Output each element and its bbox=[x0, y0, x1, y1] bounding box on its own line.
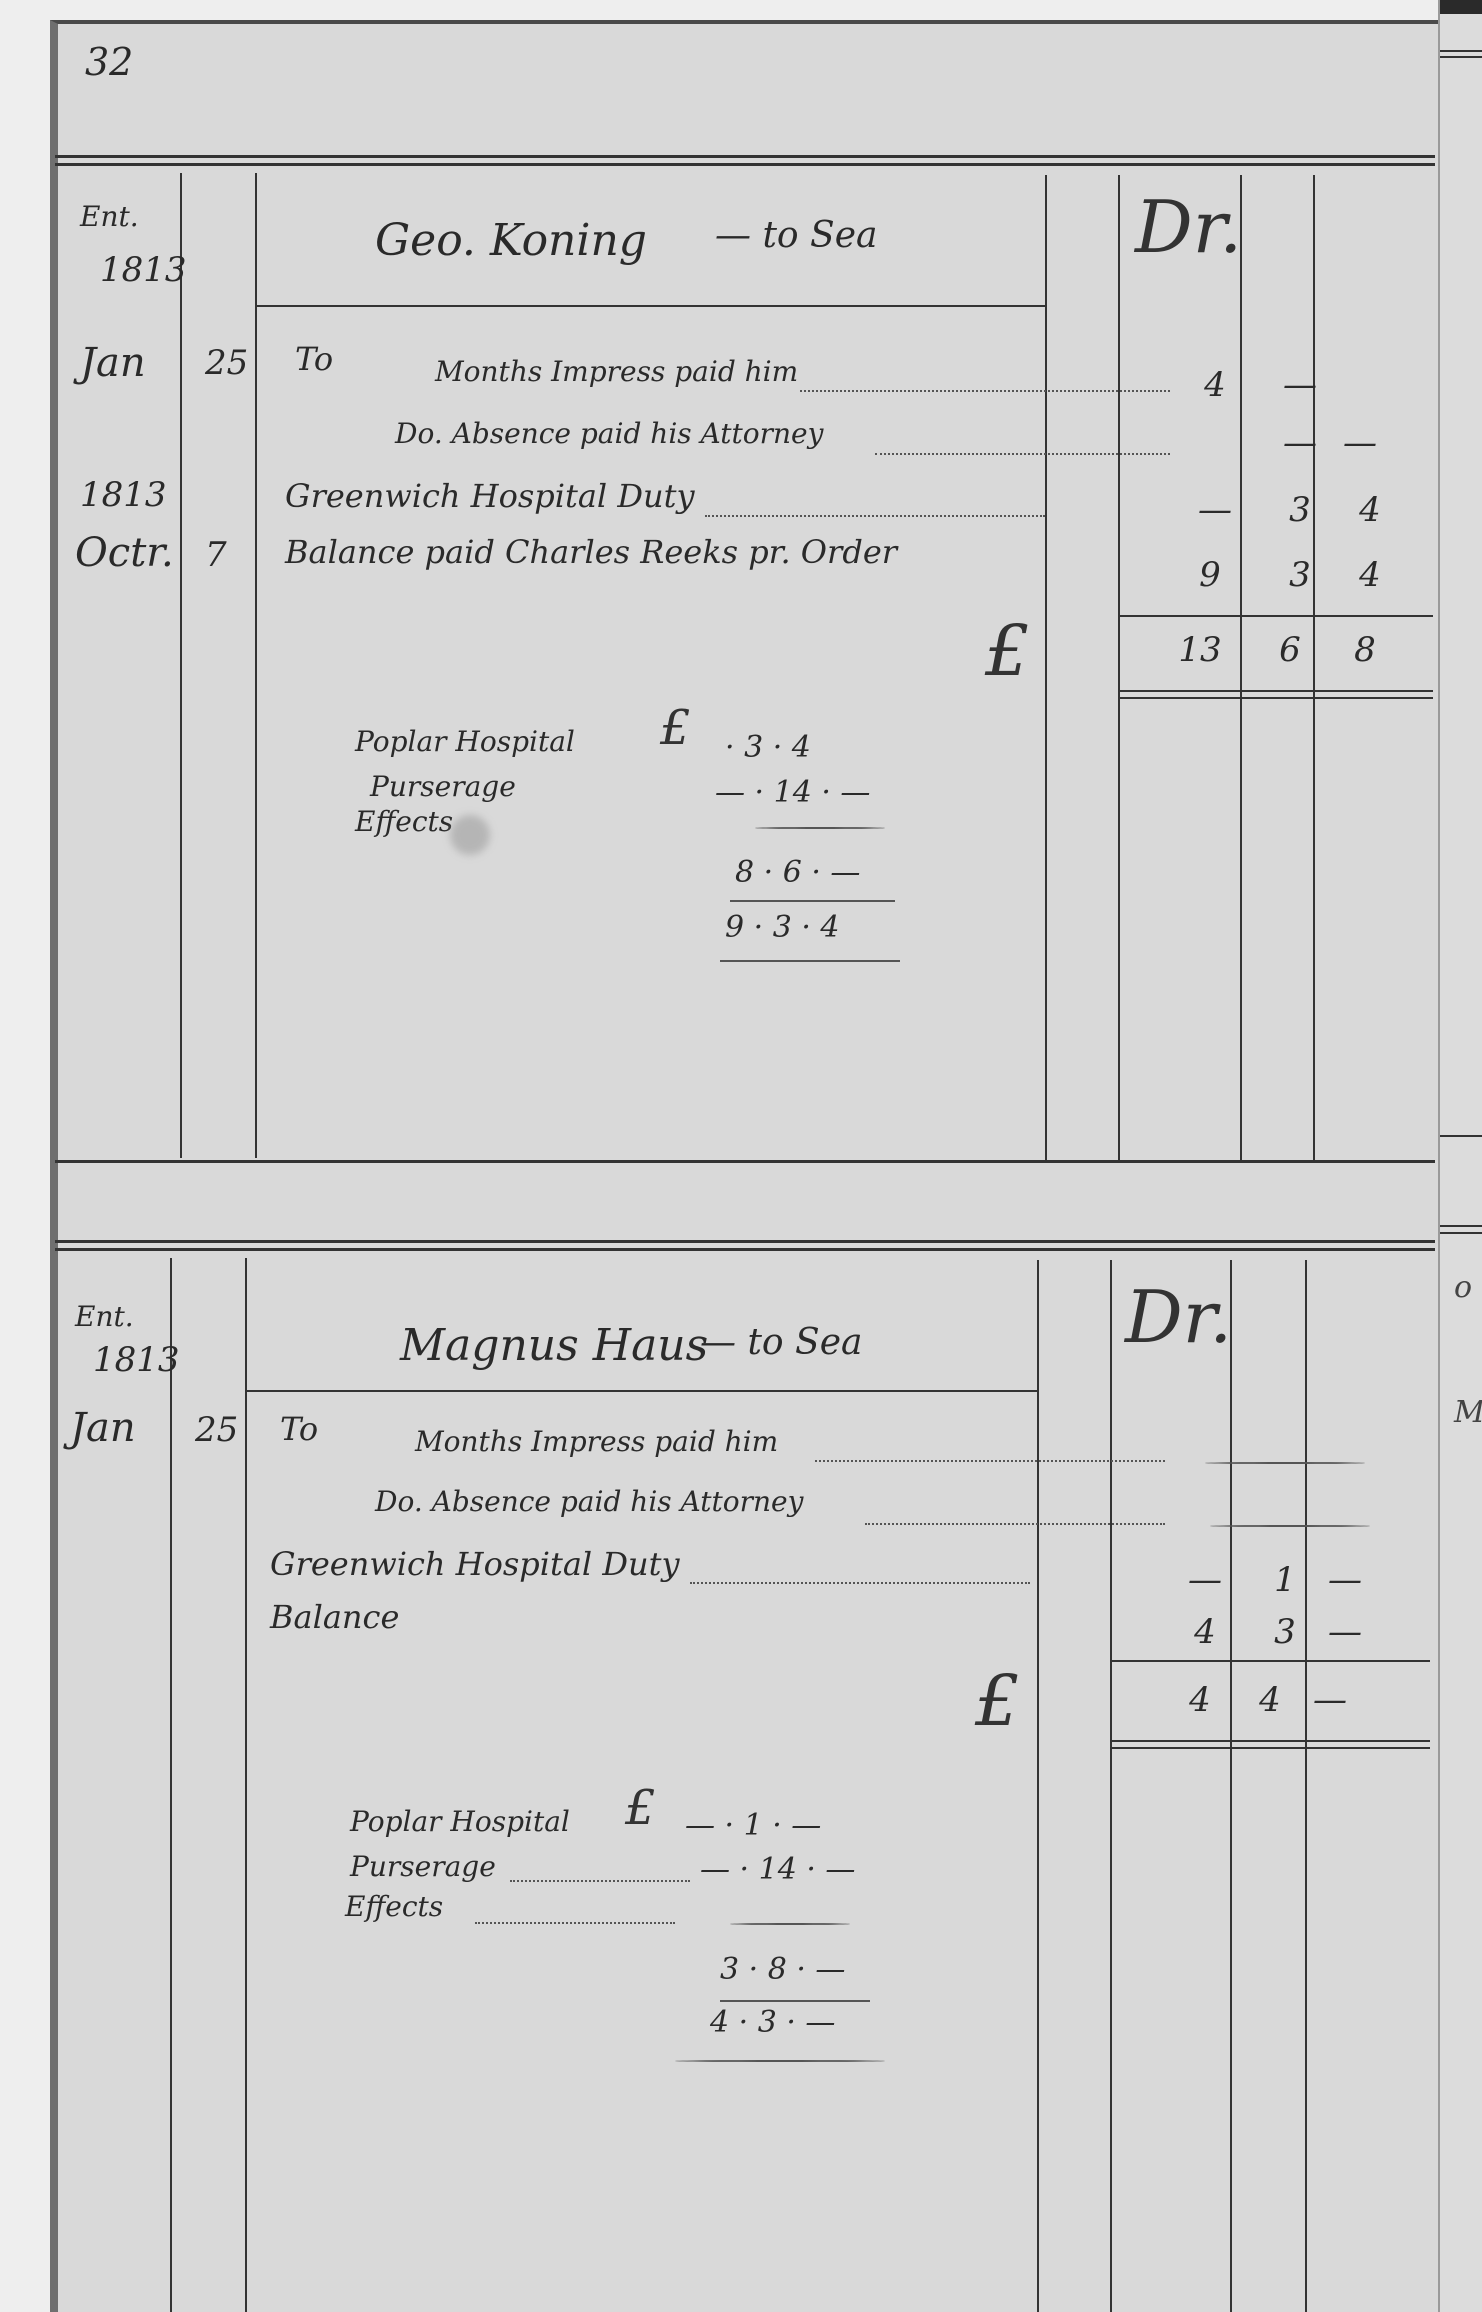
pound-symbol: £ bbox=[975, 1660, 1020, 1742]
account-section-2: Ent. 1813 Magnus Haus — to Sea Dr. Jan 2… bbox=[55, 1240, 1435, 2312]
breakdown-value: — · 14 · — bbox=[700, 1852, 855, 1887]
breakdown-total: 9 · 3 · 4 bbox=[725, 910, 839, 945]
adjacent-page-edge: o M bbox=[1438, 0, 1482, 2312]
column-divider bbox=[180, 173, 182, 1158]
account-name: Geo. Koning bbox=[375, 215, 647, 266]
column-divider bbox=[170, 1258, 172, 2312]
column-divider bbox=[1110, 1260, 1112, 2312]
account-destination: — to Sea bbox=[700, 1322, 862, 1363]
adjacent-rule bbox=[1440, 1232, 1482, 1234]
binding-edge bbox=[1440, 0, 1482, 14]
amount-pence: — bbox=[1300, 1612, 1390, 1652]
entry-description: Balance bbox=[270, 1598, 399, 1636]
entry-day: 25 bbox=[205, 343, 248, 383]
entry-description: Months Impress paid him bbox=[435, 355, 798, 388]
name-underline bbox=[245, 1390, 1037, 1392]
blank-amount-line bbox=[730, 1923, 850, 1925]
breakdown-total: 4 · 3 · — bbox=[710, 2005, 835, 2040]
ink-smudge bbox=[450, 815, 490, 855]
breakdown-label: Effects bbox=[355, 805, 453, 838]
breakdown-label: Poplar Hospital bbox=[355, 725, 575, 758]
amount-pounds: — bbox=[1160, 1560, 1250, 1600]
total-pounds: 13 bbox=[1155, 630, 1245, 670]
blank-amount-line bbox=[1205, 1462, 1365, 1464]
account-destination: — to Sea bbox=[715, 215, 877, 256]
entry-day: 25 bbox=[195, 1410, 238, 1450]
pound-symbol: £ bbox=[985, 610, 1030, 692]
header-double-rule bbox=[55, 1240, 1435, 1251]
entry-description: Do. Absence paid his Attorney bbox=[375, 1485, 803, 1518]
entry-day: 7 bbox=[205, 535, 227, 575]
blank-amount-line bbox=[755, 827, 885, 829]
year-label: 1813 bbox=[100, 250, 187, 290]
leader-dots bbox=[875, 453, 1170, 455]
section-bottom-rule bbox=[55, 1160, 1435, 1163]
adjacent-rule bbox=[1440, 1225, 1482, 1227]
total-double-rule bbox=[1110, 1740, 1430, 1742]
breakdown-subtotal: 3 · 8 · — bbox=[720, 1952, 845, 1987]
total-underline bbox=[720, 960, 900, 962]
amount-pounds: 9 bbox=[1165, 555, 1255, 595]
breakdown-pound-symbol: £ bbox=[660, 700, 691, 756]
entry-description: Do. Absence paid his Attorney bbox=[395, 417, 823, 450]
column-divider bbox=[1230, 1260, 1232, 2312]
entry-description: Greenwich Hospital Duty bbox=[270, 1545, 680, 1583]
adjacent-text: M bbox=[1454, 1395, 1482, 1430]
total-double-rule bbox=[1118, 697, 1433, 699]
entry-prefix: To bbox=[280, 1410, 318, 1448]
entry-month: Jan bbox=[70, 1405, 136, 1451]
breakdown-value: — · 14 · — bbox=[715, 775, 870, 810]
amount-pence: 4 bbox=[1325, 555, 1415, 595]
debit-heading: Dr. bbox=[1125, 1275, 1232, 1359]
entry-description: Balance paid Charles Reeks pr. Order bbox=[285, 533, 897, 571]
column-divider bbox=[1045, 175, 1047, 1160]
total-pence: 8 bbox=[1320, 630, 1410, 670]
amount-pounds: 4 bbox=[1170, 365, 1260, 405]
blank-amount-line bbox=[1210, 1525, 1370, 1527]
amount-pence: — bbox=[1315, 423, 1405, 463]
adjacent-rule bbox=[1440, 50, 1482, 52]
adjacent-rule bbox=[1440, 1135, 1482, 1137]
total-rule bbox=[1118, 615, 1433, 617]
amount-pounds: 4 bbox=[1160, 1612, 1250, 1652]
amount-shillings: — bbox=[1255, 365, 1345, 405]
leader-dots bbox=[815, 1460, 1165, 1462]
total-pence: — bbox=[1285, 1680, 1375, 1720]
leader-dots bbox=[475, 1922, 675, 1924]
entry-month: Octr. bbox=[75, 530, 174, 576]
amount-pence: 4 bbox=[1325, 490, 1415, 530]
breakdown-label: Purserage bbox=[350, 1850, 496, 1883]
total-double-rule bbox=[1118, 690, 1433, 692]
subtotal-rule bbox=[730, 900, 895, 902]
subtotal-rule bbox=[720, 2000, 870, 2002]
leader-dots bbox=[690, 1582, 1030, 1584]
account-name: Magnus Haus bbox=[400, 1320, 708, 1371]
ent-label: Ent. bbox=[75, 1300, 134, 1333]
amount-pounds: — bbox=[1170, 490, 1260, 530]
entry-description: Months Impress paid him bbox=[415, 1425, 778, 1458]
entry-month: 1813 bbox=[80, 475, 167, 515]
column-divider bbox=[1037, 1260, 1039, 2312]
page-number: 32 bbox=[85, 40, 133, 84]
total-double-rule bbox=[1110, 1747, 1430, 1749]
header-double-rule bbox=[55, 155, 1435, 166]
breakdown-label: Effects bbox=[345, 1890, 443, 1923]
breakdown-value: · 3 · 4 bbox=[725, 730, 811, 765]
breakdown-pound-symbol: £ bbox=[625, 1780, 656, 1836]
column-divider bbox=[255, 173, 257, 1158]
total-underline bbox=[675, 2060, 885, 2062]
breakdown-subtotal: 8 · 6 · — bbox=[735, 855, 860, 890]
entry-month: Jan bbox=[80, 340, 146, 386]
breakdown-label: Purserage bbox=[370, 770, 516, 803]
adjacent-rule bbox=[1440, 56, 1482, 58]
name-underline bbox=[255, 305, 1045, 307]
breakdown-label: Poplar Hospital bbox=[350, 1805, 570, 1838]
total-rule bbox=[1110, 1660, 1430, 1662]
breakdown-value: — · 1 · — bbox=[685, 1808, 821, 1843]
column-divider bbox=[1305, 1260, 1307, 2312]
amount-pence: — bbox=[1300, 1560, 1390, 1600]
leader-dots bbox=[510, 1880, 690, 1882]
debit-heading: Dr. bbox=[1135, 185, 1242, 269]
adjacent-text: o bbox=[1454, 1270, 1472, 1305]
leader-dots bbox=[865, 1523, 1165, 1525]
column-divider bbox=[1118, 175, 1120, 1160]
entry-description: Greenwich Hospital Duty bbox=[285, 477, 695, 515]
account-section-1: Ent. 1813 Geo. Koning — to Sea Dr. Jan 2… bbox=[55, 155, 1435, 1165]
ent-label: Ent. bbox=[80, 200, 139, 233]
entry-prefix: To bbox=[295, 340, 333, 378]
leader-dots bbox=[800, 390, 1170, 392]
year-label: 1813 bbox=[93, 1340, 180, 1380]
column-divider bbox=[245, 1258, 247, 2312]
leader-dots bbox=[705, 515, 1045, 517]
